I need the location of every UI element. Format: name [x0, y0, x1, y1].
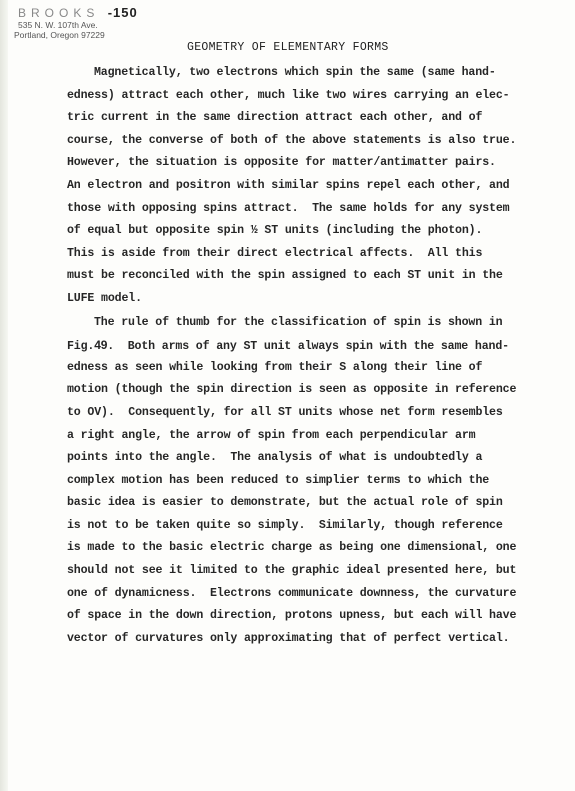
stamp-city: Portland, Oregon 97229 — [14, 30, 138, 40]
scan-edge — [0, 0, 8, 791]
text-line: basic idea is easier to demonstrate, but… — [67, 492, 567, 515]
text-line: complex motion has been reduced to simpl… — [67, 470, 567, 493]
stamp-address: 535 N. W. 107th Ave. — [18, 20, 138, 30]
text-line: one of dynamicness. Electrons communicat… — [67, 583, 567, 606]
text-line: is made to the basic electric charge as … — [67, 537, 567, 560]
text-line: edness) attract each other, much like tw… — [67, 85, 567, 108]
text-line: of equal but opposite spin ½ ST units (i… — [67, 220, 567, 243]
handwritten-number: -150 — [108, 5, 138, 20]
address-stamp: BROOKS -150 535 N. W. 107th Ave. Portlan… — [18, 6, 138, 40]
text-line: This is aside from their direct electric… — [67, 243, 567, 266]
page-title: GEOMETRY OF ELEMENTARY FORMS — [187, 41, 389, 54]
text-line: However, the situation is opposite for m… — [67, 152, 567, 175]
stamp-name-text: BROOKS — [18, 6, 99, 20]
text-line: An electron and positron with similar sp… — [67, 175, 567, 198]
document-body: Magnetically, two electrons which spin t… — [67, 62, 567, 650]
figure-prefix: Fig. — [67, 340, 94, 353]
text-line: those with opposing spins attract. The s… — [67, 198, 567, 221]
text-line-figure-ref: Fig.49. Both arms of any ST unit always … — [67, 334, 567, 357]
text-line: tric current in the same direction attra… — [67, 107, 567, 130]
text-line: edness as seen while looking from their … — [67, 357, 567, 380]
text-line: course, the converse of both of the abov… — [67, 130, 567, 153]
text-line-rest: Both arms of any ST unit always spin wit… — [128, 340, 509, 353]
text-line: to OV). Consequently, for all ST units w… — [67, 402, 567, 425]
text-line: points into the angle. The analysis of w… — [67, 447, 567, 470]
text-line: should not see it limited to the graphic… — [67, 560, 567, 583]
text-line: The rule of thumb for the classification… — [67, 312, 567, 335]
figure-number: 49 — [94, 338, 107, 352]
text-line: vector of curvatures only approximating … — [67, 628, 567, 651]
stamp-name: BROOKS -150 — [18, 6, 138, 20]
text-line: LUFE model. — [67, 288, 567, 311]
text-line: of space in the down direction, protons … — [67, 605, 567, 628]
text-line: a right angle, the arrow of spin from ea… — [67, 425, 567, 448]
text-line: must be reconciled with the spin assigne… — [67, 265, 567, 288]
text-line: motion (though the spin direction is see… — [67, 379, 567, 402]
text-line: is not to be taken quite so simply. Simi… — [67, 515, 567, 538]
text-line: Magnetically, two electrons which spin t… — [67, 62, 567, 85]
figure-suffix: . — [107, 340, 127, 353]
